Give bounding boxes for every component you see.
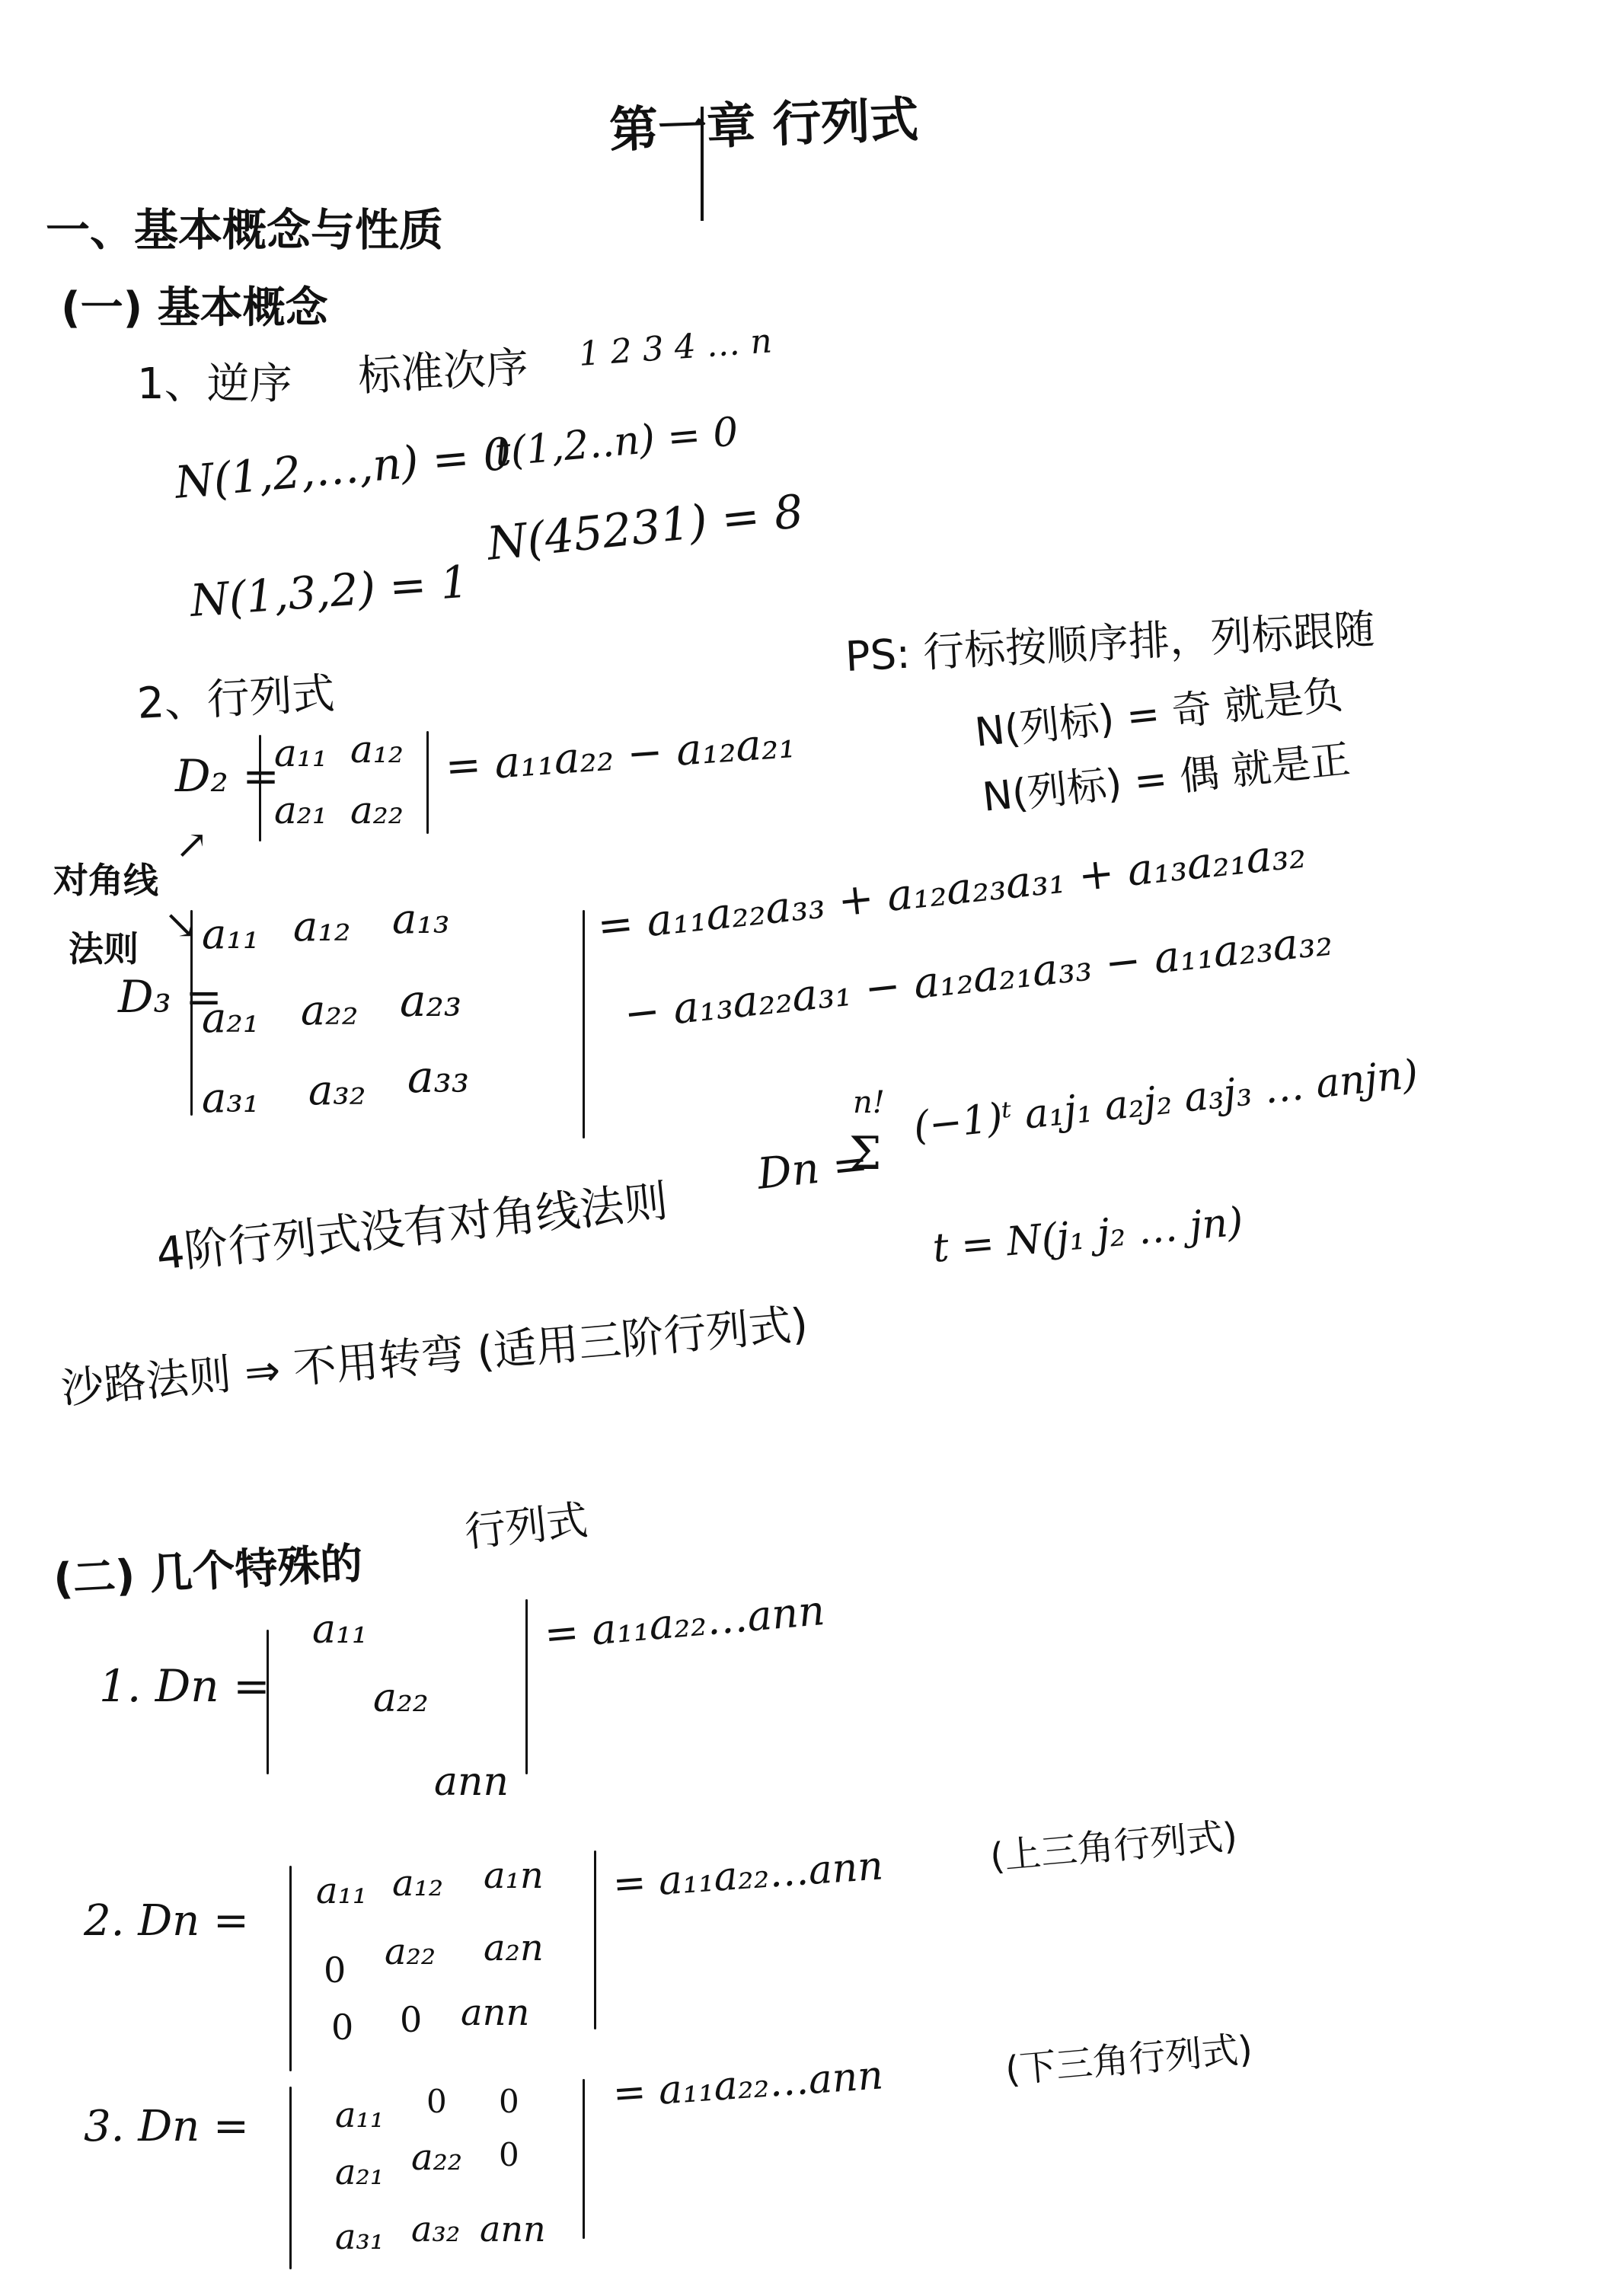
d2-cell: a₂₂ — [350, 788, 404, 832]
special-1-matrix: a₁₁ a₂₂ ann — [282, 1607, 525, 1805]
special-3-cell: ann — [480, 2208, 546, 2250]
d3-left-bar — [190, 910, 193, 1116]
special-3-note: (下三角行列式) — [1003, 2020, 1254, 2093]
equation-inversion-132: N(1,3,2) = 1 — [189, 556, 471, 627]
special-2-label: 2. Dn = — [84, 1896, 249, 1946]
d3-cell: a₁₂ — [293, 902, 351, 950]
special-3-label: 3. Dn = — [84, 2102, 249, 2151]
side-label-diagonal: 对角线 — [53, 853, 158, 903]
d3-cell: a₂₂ — [301, 986, 359, 1034]
special-3-cell: a₁₁ — [335, 2094, 384, 2135]
special-1-label: 1. Dn = — [99, 1660, 270, 1712]
equation-inversion-identity: N(1,2,…,n) = 0 — [173, 428, 513, 509]
equation-inversion-45231: N(45231) = 8 — [484, 485, 806, 571]
d3-cell: a₁₁ — [202, 910, 260, 958]
d2-left-bar — [259, 735, 261, 841]
d2-result: = a₁₁a₂₂ − a₁₂a₂₁ — [444, 718, 797, 792]
special-1-left-bar — [267, 1630, 269, 1774]
special-3-cell: 0 — [426, 2083, 447, 2120]
d3-right-bar — [583, 910, 585, 1138]
special-2-cell: a₁n — [484, 1854, 544, 1897]
standard-order-label: 标准次序 — [356, 334, 530, 404]
special-3-matrix: a₁₁ 0 0 a₂₁ a₂₂ 0 a₃₁ a₃₂ ann — [335, 2087, 564, 2285]
d3-cell: a₃₃ — [407, 1051, 469, 1103]
d2-matrix: a₁₁ a₁₂ a₂₁ a₂₂ — [274, 731, 434, 845]
title-stroke-decoration — [701, 107, 704, 221]
special-2-cell: a₂n — [484, 1927, 544, 1969]
equation-t-identity: t(1,2..n) = 0 — [493, 409, 739, 476]
special-2-cell: 0 — [400, 1999, 422, 2040]
special-3-left-bar — [289, 2087, 292, 2269]
special-2-left-bar — [289, 1866, 292, 2071]
special-1-cell: ann — [434, 1759, 509, 1805]
note-sarrus-rule: 沙路法则 ⇒ 不用转弯 (适用三阶行列式) — [59, 1290, 810, 1416]
page-title: 第一章 行列式 — [608, 81, 919, 161]
subsection-heading-special-suffix: 行列式 — [461, 1487, 590, 1559]
d3-cell: a₂₃ — [400, 975, 461, 1027]
d2-cell: a₁₂ — [350, 727, 404, 771]
special-3-cell: a₃₂ — [411, 2208, 460, 2250]
special-2-cell: 0 — [324, 1950, 346, 1991]
dn-formula-rhs: (−1)ᵗ a₁j₁ a₂j₂ a₃j₃ … anjn) — [912, 1052, 1420, 1150]
d2-cell: a₂₁ — [274, 788, 327, 832]
special-3-cell: a₃₁ — [335, 2216, 384, 2257]
dn-t-definition: t = N(j₁ j₂ … jn) — [931, 1199, 1244, 1271]
special-3-cell: a₂₁ — [335, 2151, 384, 2192]
special-1-result: = a₁₁a₂₂…ann — [542, 1586, 826, 1659]
standard-order-value: 1 2 3 4 … n — [577, 321, 773, 374]
d3-cell: a₃₂ — [308, 1066, 366, 1114]
special-3-result: = a₁₁a₂₂…ann — [611, 2052, 885, 2117]
d2-cell: a₁₁ — [274, 731, 327, 775]
d3-cell: a₂₁ — [202, 994, 260, 1042]
d2-label: D₂ = — [175, 750, 279, 802]
special-3-cell: 0 — [499, 2136, 519, 2173]
subsection-heading-basic-concepts: (一) 基本概念 — [61, 274, 328, 335]
side-label-rule: 法则 — [69, 921, 139, 972]
special-3-cell: a₂₂ — [411, 2136, 462, 2179]
dn-sum-upper-limit: n! — [853, 1085, 885, 1120]
special-1-right-bar — [525, 1599, 528, 1774]
special-2-cell: ann — [461, 1991, 529, 2034]
special-2-matrix: a₁₁ a₁₂ a₁n 0 a₂₂ a₂n 0 0 ann — [316, 1851, 575, 2041]
arrow-up-right-icon: ↗ — [175, 822, 209, 868]
special-2-right-bar — [594, 1851, 596, 2029]
special-1-cell: a₁₁ — [312, 1607, 368, 1653]
d2-right-bar — [426, 731, 429, 834]
special-2-cell: a₂₂ — [385, 1930, 436, 1973]
special-2-result: = a₁₁a₂₂…ann — [611, 1843, 885, 1908]
d3-matrix: a₁₁ a₁₂ a₁₃ a₂₁ a₂₂ a₂₃ a₃₁ a₃₂ a₃₃ — [202, 899, 552, 1127]
special-2-cell: a₁₁ — [316, 1870, 367, 1912]
special-1-cell: a₂₂ — [373, 1675, 429, 1721]
dn-sum-symbol: Σ — [849, 1127, 881, 1180]
special-2-cell: 0 — [331, 2007, 353, 2048]
special-2-note: (上三角行列式) — [988, 1806, 1239, 1880]
note-4th-order-no-diagonal: 4阶行列式没有对角线法则 — [153, 1165, 671, 1282]
item-inversion-label: 1、逆序 — [137, 350, 292, 411]
item-determinant-label: 2、行列式 — [136, 659, 336, 730]
section-heading-basic-concepts: 一、基本概念与性质 — [46, 194, 443, 258]
special-3-right-bar — [583, 2079, 585, 2239]
special-3-cell: 0 — [499, 2083, 519, 2120]
special-2-cell: a₁₂ — [392, 1862, 443, 1905]
d3-cell: a₃₁ — [202, 1074, 260, 1122]
d3-cell: a₁₃ — [392, 895, 450, 943]
subsection-heading-special: (二) 几个特殊的 — [52, 1530, 364, 1607]
